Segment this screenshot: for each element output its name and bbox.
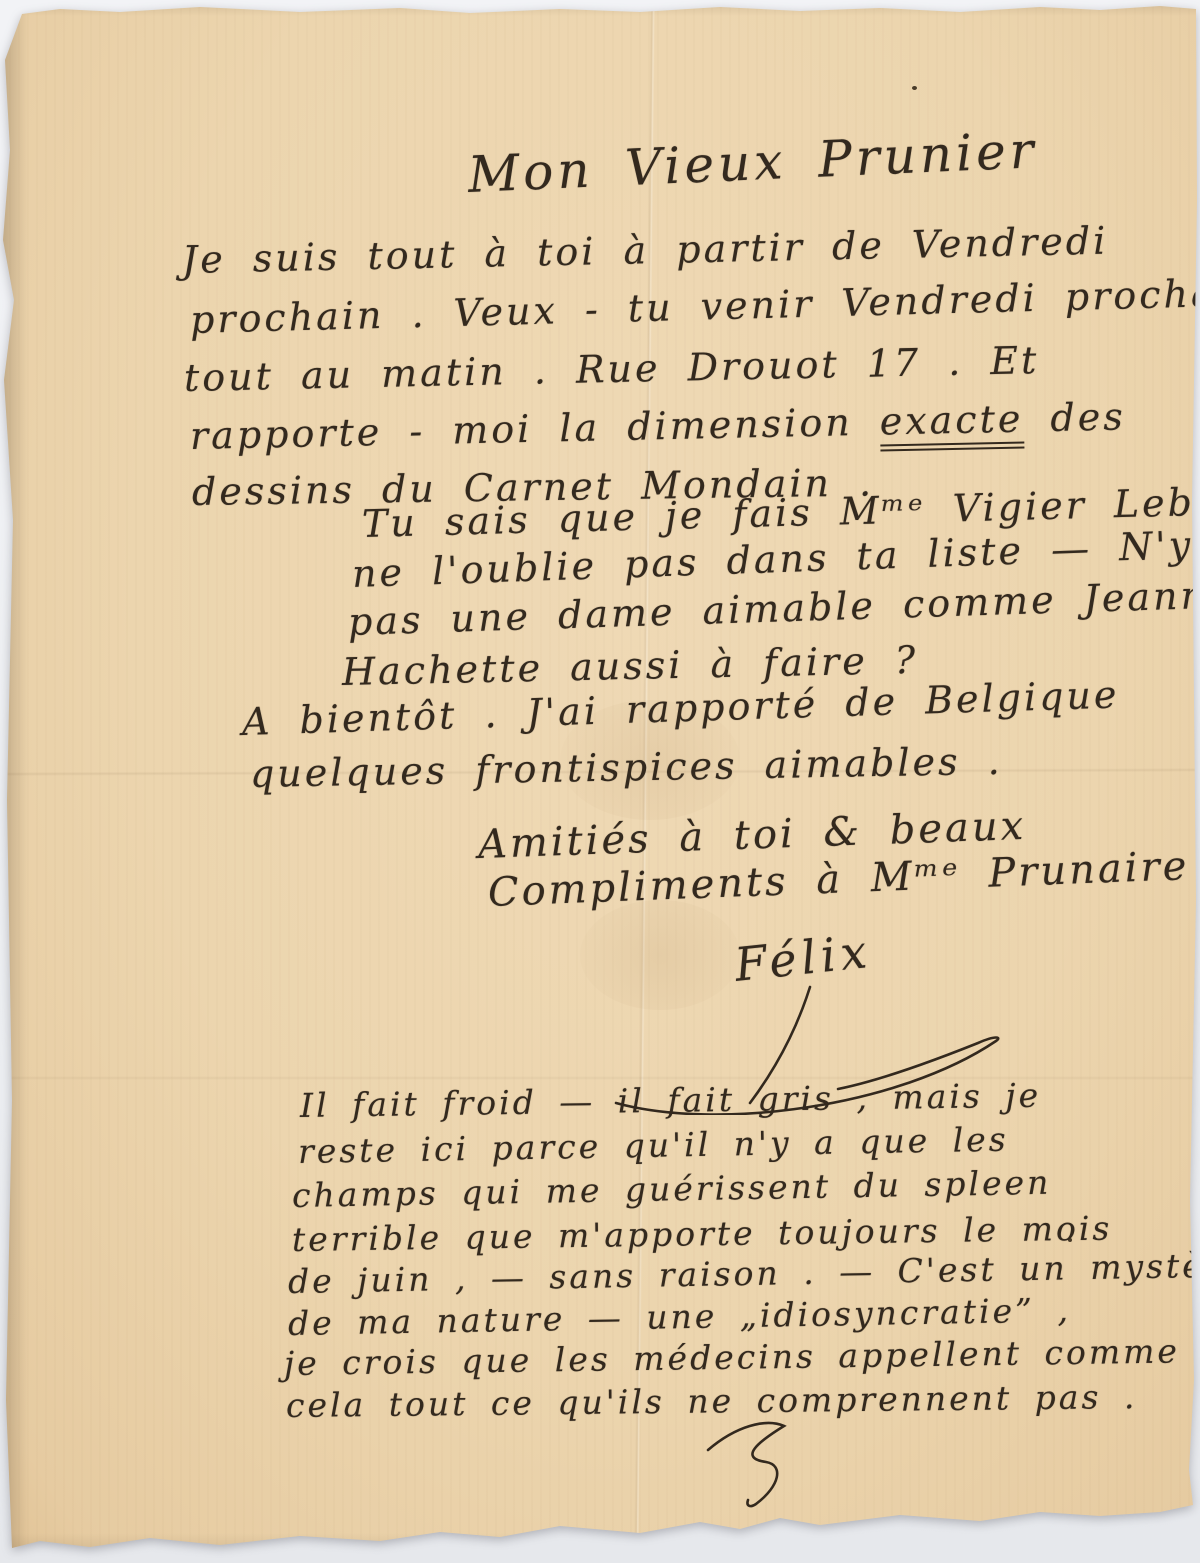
body-line: prochain . Veux - tu venir Vendredi proc… — [189, 270, 1200, 342]
body-line-segment: rapporte - moi la dimension — [190, 400, 881, 458]
body-line: tout au matin . Rue Drouot 17 . Et — [184, 338, 1040, 400]
body-line: quelques frontispices aimables . — [250, 739, 1003, 796]
letter-page-wrap: Mon Vieux Prunier Je suis tout à toi à p… — [0, 0, 1200, 1563]
postscript-line: Il fait froid — il fait gris , mais je — [300, 1076, 1042, 1125]
body-line-segment: des — [1023, 394, 1126, 440]
torn-edge-shadow-top — [0, 0, 1200, 16]
torn-edge-shadow-bottom — [0, 1533, 1200, 1563]
paraph-mark — [700, 1418, 830, 1518]
postscript-line: champs qui me guérissent du spleen — [292, 1163, 1052, 1215]
torn-edge-shadow-left — [0, 0, 28, 1563]
body-line-with-underline: rapporte - moi la dimension exacte des — [190, 394, 1127, 458]
salutation: Mon Vieux Prunier — [467, 121, 1039, 204]
underlined-word: exacte — [879, 397, 1024, 452]
ink-speck — [912, 86, 917, 90]
postscript-line: reste ici parce qu'il n'y a que les — [298, 1120, 1009, 1171]
body-line: Je suis tout à toi à partir de Vendredi — [182, 219, 1109, 282]
signature: Félix — [732, 924, 874, 992]
letter-page: Mon Vieux Prunier Je suis tout à toi à p… — [0, 0, 1200, 1563]
